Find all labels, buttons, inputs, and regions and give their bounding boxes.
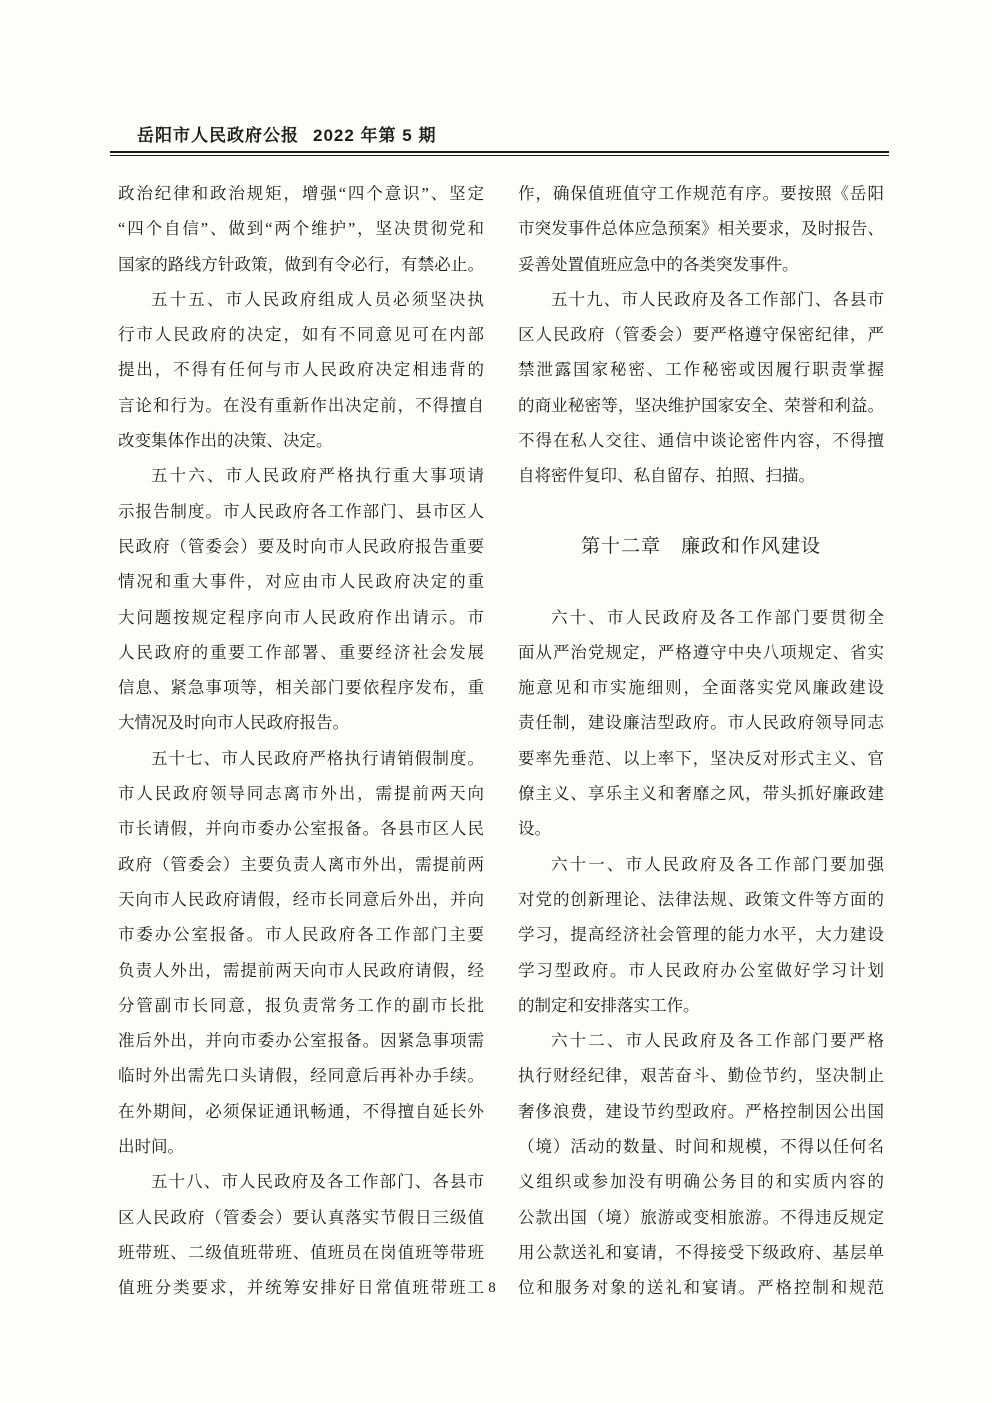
text-line: 临时外出需先口头请假，经同意后再补办手续。	[118, 1058, 484, 1093]
text-line: 负责人外出，需提前两天向市人民政府请假，经	[118, 953, 484, 988]
page-number: 8	[0, 1280, 984, 1297]
text-line: 的制定和安排落实工作。	[518, 988, 884, 1023]
gazette-page: 岳阳市人民政府公报 2022 年第 5 期 政治纪律和政治规矩，增强“四个意识”…	[0, 0, 992, 1403]
text-line: 改变集体作出的决策、决定。	[118, 423, 484, 458]
text-line: 施意见和市实施细则，全面落实党风廉政建设	[518, 670, 884, 705]
text-line: 情况和重大事件，对应由市人民政府决定的重	[118, 564, 484, 599]
text-line: 在外期间，必须保证通讯畅通，不得擅自延长外	[118, 1094, 484, 1129]
text-line: 六十、市人民政府及各工作部门要贯彻全	[518, 600, 884, 635]
text-line: 政治纪律和政治规矩，增强“四个意识”、坚定	[118, 176, 484, 211]
text-line: 五十九、市人民政府及各工作部门、各县市	[518, 282, 884, 317]
header-rule-thick-line	[110, 151, 889, 153]
text-line: 奢侈浪费，建设节约型政府。严格控制因公出国	[518, 1094, 884, 1129]
text-line: 班带班、二级值班带班、值班员在岗值班等带班	[118, 1235, 484, 1270]
text-line: 示报告制度。市人民政府各工作部门、县市区人	[118, 494, 484, 529]
text-line: 大情况及时向市人民政府报告。	[118, 705, 484, 740]
text-line: 五十六、市人民政府严格执行重大事项请	[118, 458, 484, 493]
text-line	[518, 494, 884, 529]
text-line: 分管副市长同意，报负责常务工作的副市长批	[118, 988, 484, 1023]
text-line: 信息、紧急事项等，相关部门要依程序发布，重	[118, 670, 484, 705]
text-line: 六十二、市人民政府及各工作部门要严格	[518, 1023, 884, 1058]
text-line: 提出，不得有任何与市人民政府决定相违背的	[118, 352, 484, 387]
text-line: 公款出国（境）旅游或变相旅游。不得违反规定	[518, 1200, 884, 1235]
text-line: 出时间。	[118, 1129, 484, 1164]
text-line: 言论和行为。在没有重新作出决定前，不得擅自	[118, 388, 484, 423]
text-line: 人民政府的重要工作部署、重要经济社会发展	[118, 635, 484, 670]
text-line: 准后外出，并向市委办公室报备。因紧急事项需	[118, 1023, 484, 1058]
text-line: 市委办公室报备。市人民政府各工作部门主要	[118, 917, 484, 952]
text-line	[518, 564, 884, 599]
issue-label: 2022 年第 5 期	[313, 121, 436, 146]
text-line: 五十八、市人民政府及各工作部门、各县市	[118, 1164, 484, 1199]
text-line: 义组织或参加没有明确公务目的和实质内容的	[518, 1164, 884, 1199]
text-line: 面从严治党规定，严格遵守中央八项规定、省实	[518, 635, 884, 670]
text-columns: 政治纪律和政治规矩，增强“四个意识”、坚定“四个自信”、做到“两个维护”，坚决贯…	[118, 176, 884, 1306]
text-line: 市人民政府领导同志离市外出，需提前两天向	[118, 776, 484, 811]
text-line: 大问题按规定程序向市人民政府作出请示。市	[118, 600, 484, 635]
text-line: 用公款送礼和宴请，不得接受下级政府、基层单	[518, 1235, 884, 1270]
text-line: 自将密件复印、私自留存、拍照、扫描。	[518, 458, 884, 493]
text-line: 国家的路线方针政策，做到有令必行，有禁必止。	[118, 247, 484, 282]
text-line: 要率先垂范、以上率下，坚决反对形式主义、官	[518, 741, 884, 776]
text-line: 五十七、市人民政府严格执行请销假制度。	[118, 741, 484, 776]
text-line: 五十五、市人民政府组成人员必须坚决执	[118, 282, 484, 317]
text-column-left: 政治纪律和政治规矩，增强“四个意识”、坚定“四个自信”、做到“两个维护”，坚决贯…	[118, 176, 484, 1306]
text-line: 区人民政府（管委会）要认真落实节假日三级值	[118, 1200, 484, 1235]
text-line: 市突发事件总体应急预案》相关要求，及时报告、	[518, 211, 884, 246]
text-line: 不得在私人交往、通信中谈论密件内容，不得擅	[518, 423, 884, 458]
text-line: 执行财经纪律，艰苦奋斗、勤俭节约，坚决制止	[518, 1058, 884, 1093]
text-line: 设。	[518, 811, 884, 846]
gazette-title: 岳阳市人民政府公报	[137, 121, 299, 146]
text-line: 责任制，建设廉洁型政府。市人民政府领导同志	[518, 705, 884, 740]
text-line: 禁泄露国家秘密、工作秘密或因履行职责掌握	[518, 352, 884, 387]
text-line: 对党的创新理论、法律法规、政策文件等方面的	[518, 882, 884, 917]
text-line: 天向市人民政府请假，经市长同意后外出，并向	[118, 882, 484, 917]
text-line: 市长请假，并向市委办公室报备。各县市区人民	[118, 811, 484, 846]
text-line: 政府（管委会）主要负责人离市外出，需提前两	[118, 847, 484, 882]
text-line: “四个自信”、做到“两个维护”，坚决贯彻党和	[118, 211, 484, 246]
text-line: 妥善处置值班应急中的各类突发事件。	[518, 247, 884, 282]
page-header: 岳阳市人民政府公报 2022 年第 5 期	[137, 121, 436, 146]
chapter-heading: 第十二章 廉政和作风建设	[518, 529, 884, 564]
text-column-right: 作，确保值班值守工作规范有序。要按照《岳阳市突发事件总体应急预案》相关要求，及时…	[518, 176, 884, 1306]
text-line: 僚主义、享乐主义和奢靡之风，带头抓好廉政建	[518, 776, 884, 811]
text-line: （境）活动的数量、时间和规模，不得以任何名	[518, 1129, 884, 1164]
text-line: 区人民政府（管委会）要严格遵守保密纪律，严	[518, 317, 884, 352]
text-line: 民政府（管委会）要及时向市人民政府报告重要	[118, 529, 484, 564]
text-line: 学习，提高经济社会管理的能力水平，大力建设	[518, 917, 884, 952]
text-line: 的商业秘密等，坚决维护国家安全、荣誉和利益。	[518, 388, 884, 423]
header-rule	[110, 151, 889, 156]
text-line: 行市人民政府的决定，如有不同意见可在内部	[118, 317, 484, 352]
text-line: 学习型政府。市人民政府办公室做好学习计划	[518, 953, 884, 988]
text-line: 作，确保值班值守工作规范有序。要按照《岳阳	[518, 176, 884, 211]
header-rule-thin-line	[110, 155, 889, 156]
text-line: 六十一、市人民政府及各工作部门要加强	[518, 847, 884, 882]
